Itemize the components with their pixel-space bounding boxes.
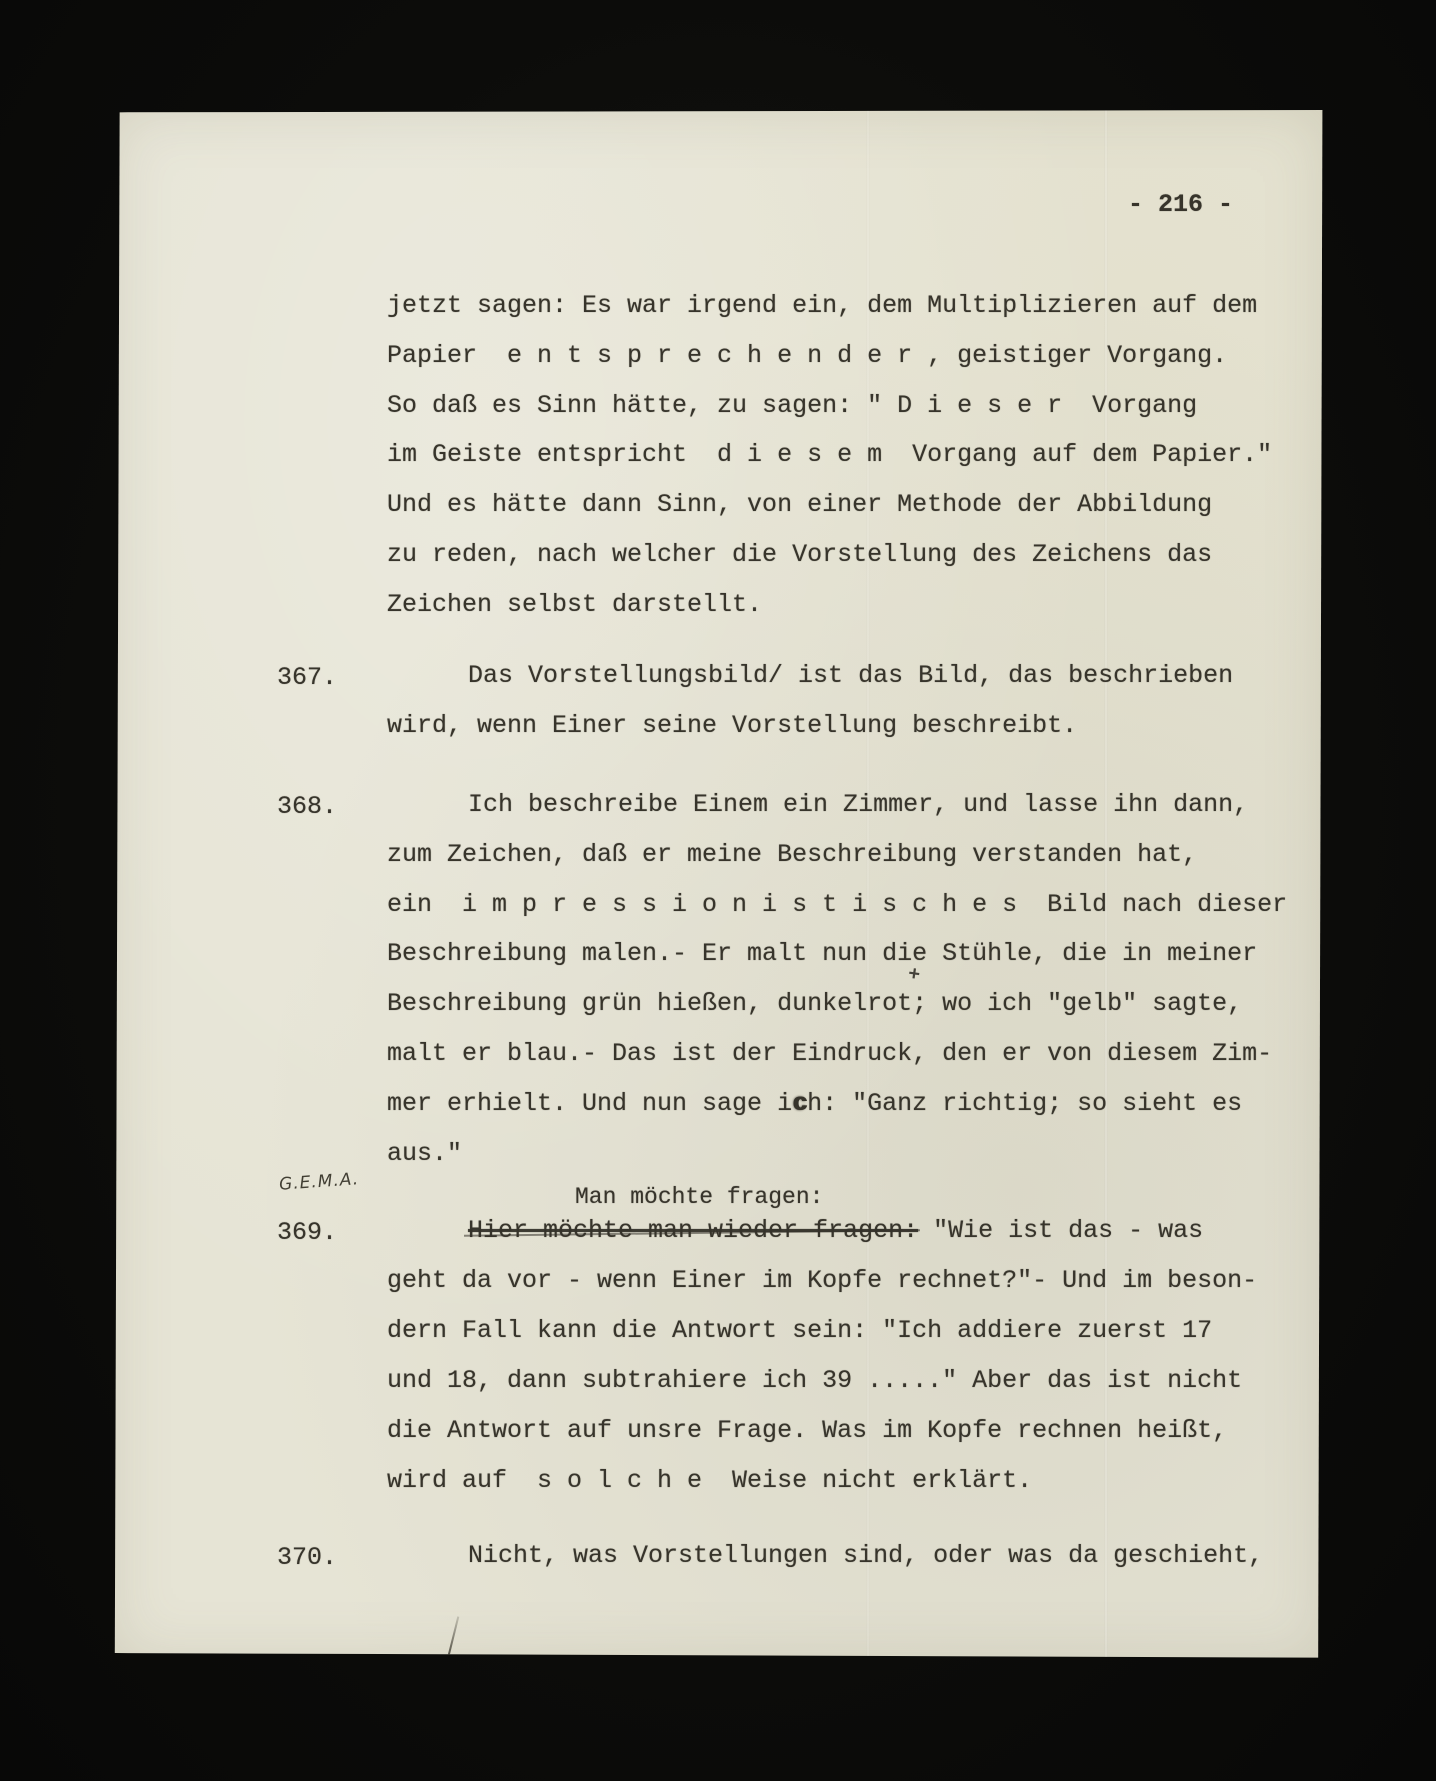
photo-background: - 216 - jetzt sagen: Es war irgend ein, … [0,0,1436,1781]
text-line: So daß es Sinn hätte, zu sagen: " D i e … [387,393,1272,443]
text-line: aus." [387,1141,1287,1191]
paragraph-number: 367. [277,663,337,692]
pen-slash-mark [447,1616,460,1659]
text-line: jetzt sagen: Es war irgend ein, dem Mult… [387,293,1272,343]
text-line: wird, wenn Einer seine Vorstellung besch… [387,713,1233,763]
text-line: Das Vorstellungsbild/ ist das Bild, das … [387,663,1233,713]
text-segment: mer erhielt. Und nun sage i [387,1089,792,1118]
text-segment: h: "Ganz richtig; so sieht es [807,1089,1242,1118]
text-segment: "Wie ist das - was [918,1216,1203,1245]
text-line: ein i m p r e s s i o n i s t i s c h e … [387,892,1287,942]
page-number: - 216 - [1128,190,1233,219]
paragraph-368: 368.Ich beschreibe Einem ein Zimmer, und… [387,792,1287,1190]
text-line: wird auf s o l c h e Weise nicht erklärt… [387,1468,1257,1518]
text-line: Zeichen selbst darstellt. [387,592,1272,642]
text-line: und 18, dann subtrahiere ich 39 ....." A… [387,1368,1257,1418]
paragraph-number: 370. [277,1543,337,1572]
text-line: Ich beschreibe Einem ein Zimmer, und las… [387,792,1287,842]
text-line: Beschreibung malen.- Er malt nun die Stü… [387,941,1287,991]
continuation-paragraph: jetzt sagen: Es war irgend ein, dem Mult… [387,293,1272,642]
text-line: Und es hätte dann Sinn, von einer Method… [387,492,1272,542]
typed-inserted-correction: Man möchte fragen: [575,1184,823,1210]
text-line: malt er blau.- Das ist der Eindruck, den… [387,1041,1287,1091]
text-line: geht da vor - wenn Einer im Kopfe rechne… [387,1268,1257,1318]
text-line: die Antwort auf unsre Frage. Was im Kopf… [387,1418,1257,1468]
paragraph-number: 369. [277,1218,337,1247]
text-line: Papier e n t s p r e c h e n d e r , gei… [387,343,1272,393]
struck-through-text: Hier möchte man wieder fragen: [468,1216,918,1245]
text-line: zum Zeichen, daß er meine Beschreibung v… [387,842,1287,892]
paragraph-number: 368. [277,792,337,821]
text-line: zu reden, nach welcher die Vorstellung d… [387,542,1272,592]
paragraph-369: 369.Hier möchte man wieder fragen: "Wie … [387,1218,1257,1518]
text-line: Nicht, was Vorstellungen sind, oder was … [387,1543,1263,1593]
paragraph-370: 370.Nicht, was Vorstellungen sind, oder … [387,1543,1263,1593]
gema-handwritten-annotation: G.E.M.A. [278,1169,359,1195]
text-line: mer erhielt. Und nun sage ich: "Ganz ric… [387,1091,1287,1141]
document-page: - 216 - jetzt sagen: Es war irgend ein, … [113,110,1323,1660]
paragraph-367: 367.Das Vorstellungsbild/ ist das Bild, … [387,663,1233,763]
overtyped-character: c [792,1089,807,1118]
text-line: Beschreibung grün hießen, dunkelrot; wo … [387,991,1287,1041]
text-line: im Geiste entspricht d i e s e m Vorgang… [387,442,1272,492]
text-line: Hier möchte man wieder fragen: "Wie ist … [387,1218,1257,1268]
text-line: dern Fall kann die Antwort sein: "Ich ad… [387,1318,1257,1368]
